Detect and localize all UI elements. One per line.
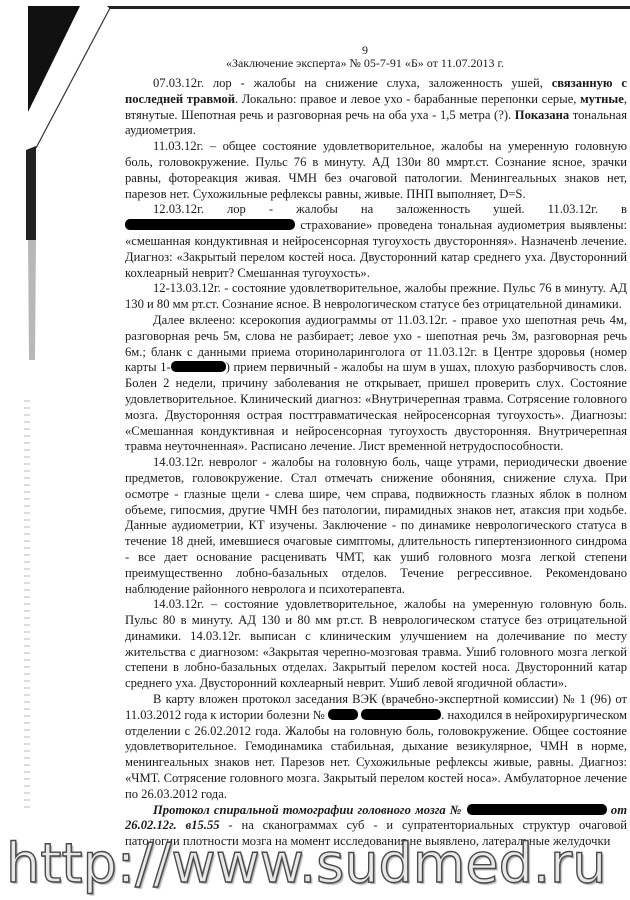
paragraph-text: 11.03.12г. – общее состояние удовлетвори… xyxy=(125,139,627,200)
paragraph-text: Протокол спиральной томографии головного… xyxy=(153,803,467,817)
paragraph-text: мутные xyxy=(580,92,624,106)
paragraph-text: 12-13.03.12г. - состояние удовлетворител… xyxy=(125,281,627,311)
paragraph: В карту вложен протокол заседания ВЭК (в… xyxy=(125,692,627,803)
paragraph: 07.03.12г. лор - жалобы на снижение слух… xyxy=(125,76,627,139)
paragraph: 12.03.12г. лор - жалобы на заложенность … xyxy=(125,202,627,281)
redaction-mark xyxy=(125,219,295,230)
paragraph-text: . Локально: правое и левое ухо - барабан… xyxy=(235,92,580,106)
paragraph: Далее вклеено: ксерокопия аудиограммы от… xyxy=(125,313,627,455)
paragraph-text: ) прием первичный - жалобы на шум в ушах… xyxy=(125,360,627,453)
paragraph-text: 12.03.12г. лор - жалобы на заложенность … xyxy=(153,202,627,216)
watermark-url: http://www.sudmed.ru xyxy=(6,832,626,895)
paragraph: 12-13.03.12г. - состояние удовлетворител… xyxy=(125,281,627,313)
redaction-mark xyxy=(361,709,441,720)
redaction-mark xyxy=(328,709,358,720)
paragraph-text: Показана xyxy=(515,108,569,122)
paragraph-text: 07.03.12г. лор - жалобы на снижение слух… xyxy=(153,76,552,90)
bleed-through-text xyxy=(110,6,530,46)
paragraph: 14.03.12г. невролог - жалобы на головную… xyxy=(125,455,627,597)
paragraph: 11.03.12г. – общее состояние удовлетвори… xyxy=(125,139,627,202)
document-body: 07.03.12г. лор - жалобы на снижение слух… xyxy=(125,76,627,850)
document-title: «Заключение эксперта» № 05-7-91 «Б» от 1… xyxy=(0,56,630,71)
paragraph-text: 14.03.12г. невролог - жалобы на головную… xyxy=(125,455,627,595)
scan-noise xyxy=(24,400,30,810)
redaction-mark xyxy=(171,361,226,372)
paragraph: 14.03.12г. – состояние удовлетворительно… xyxy=(125,597,627,692)
paragraph-text: 14.03.12г. – состояние удовлетворительно… xyxy=(125,597,627,690)
redaction-mark xyxy=(467,804,607,815)
